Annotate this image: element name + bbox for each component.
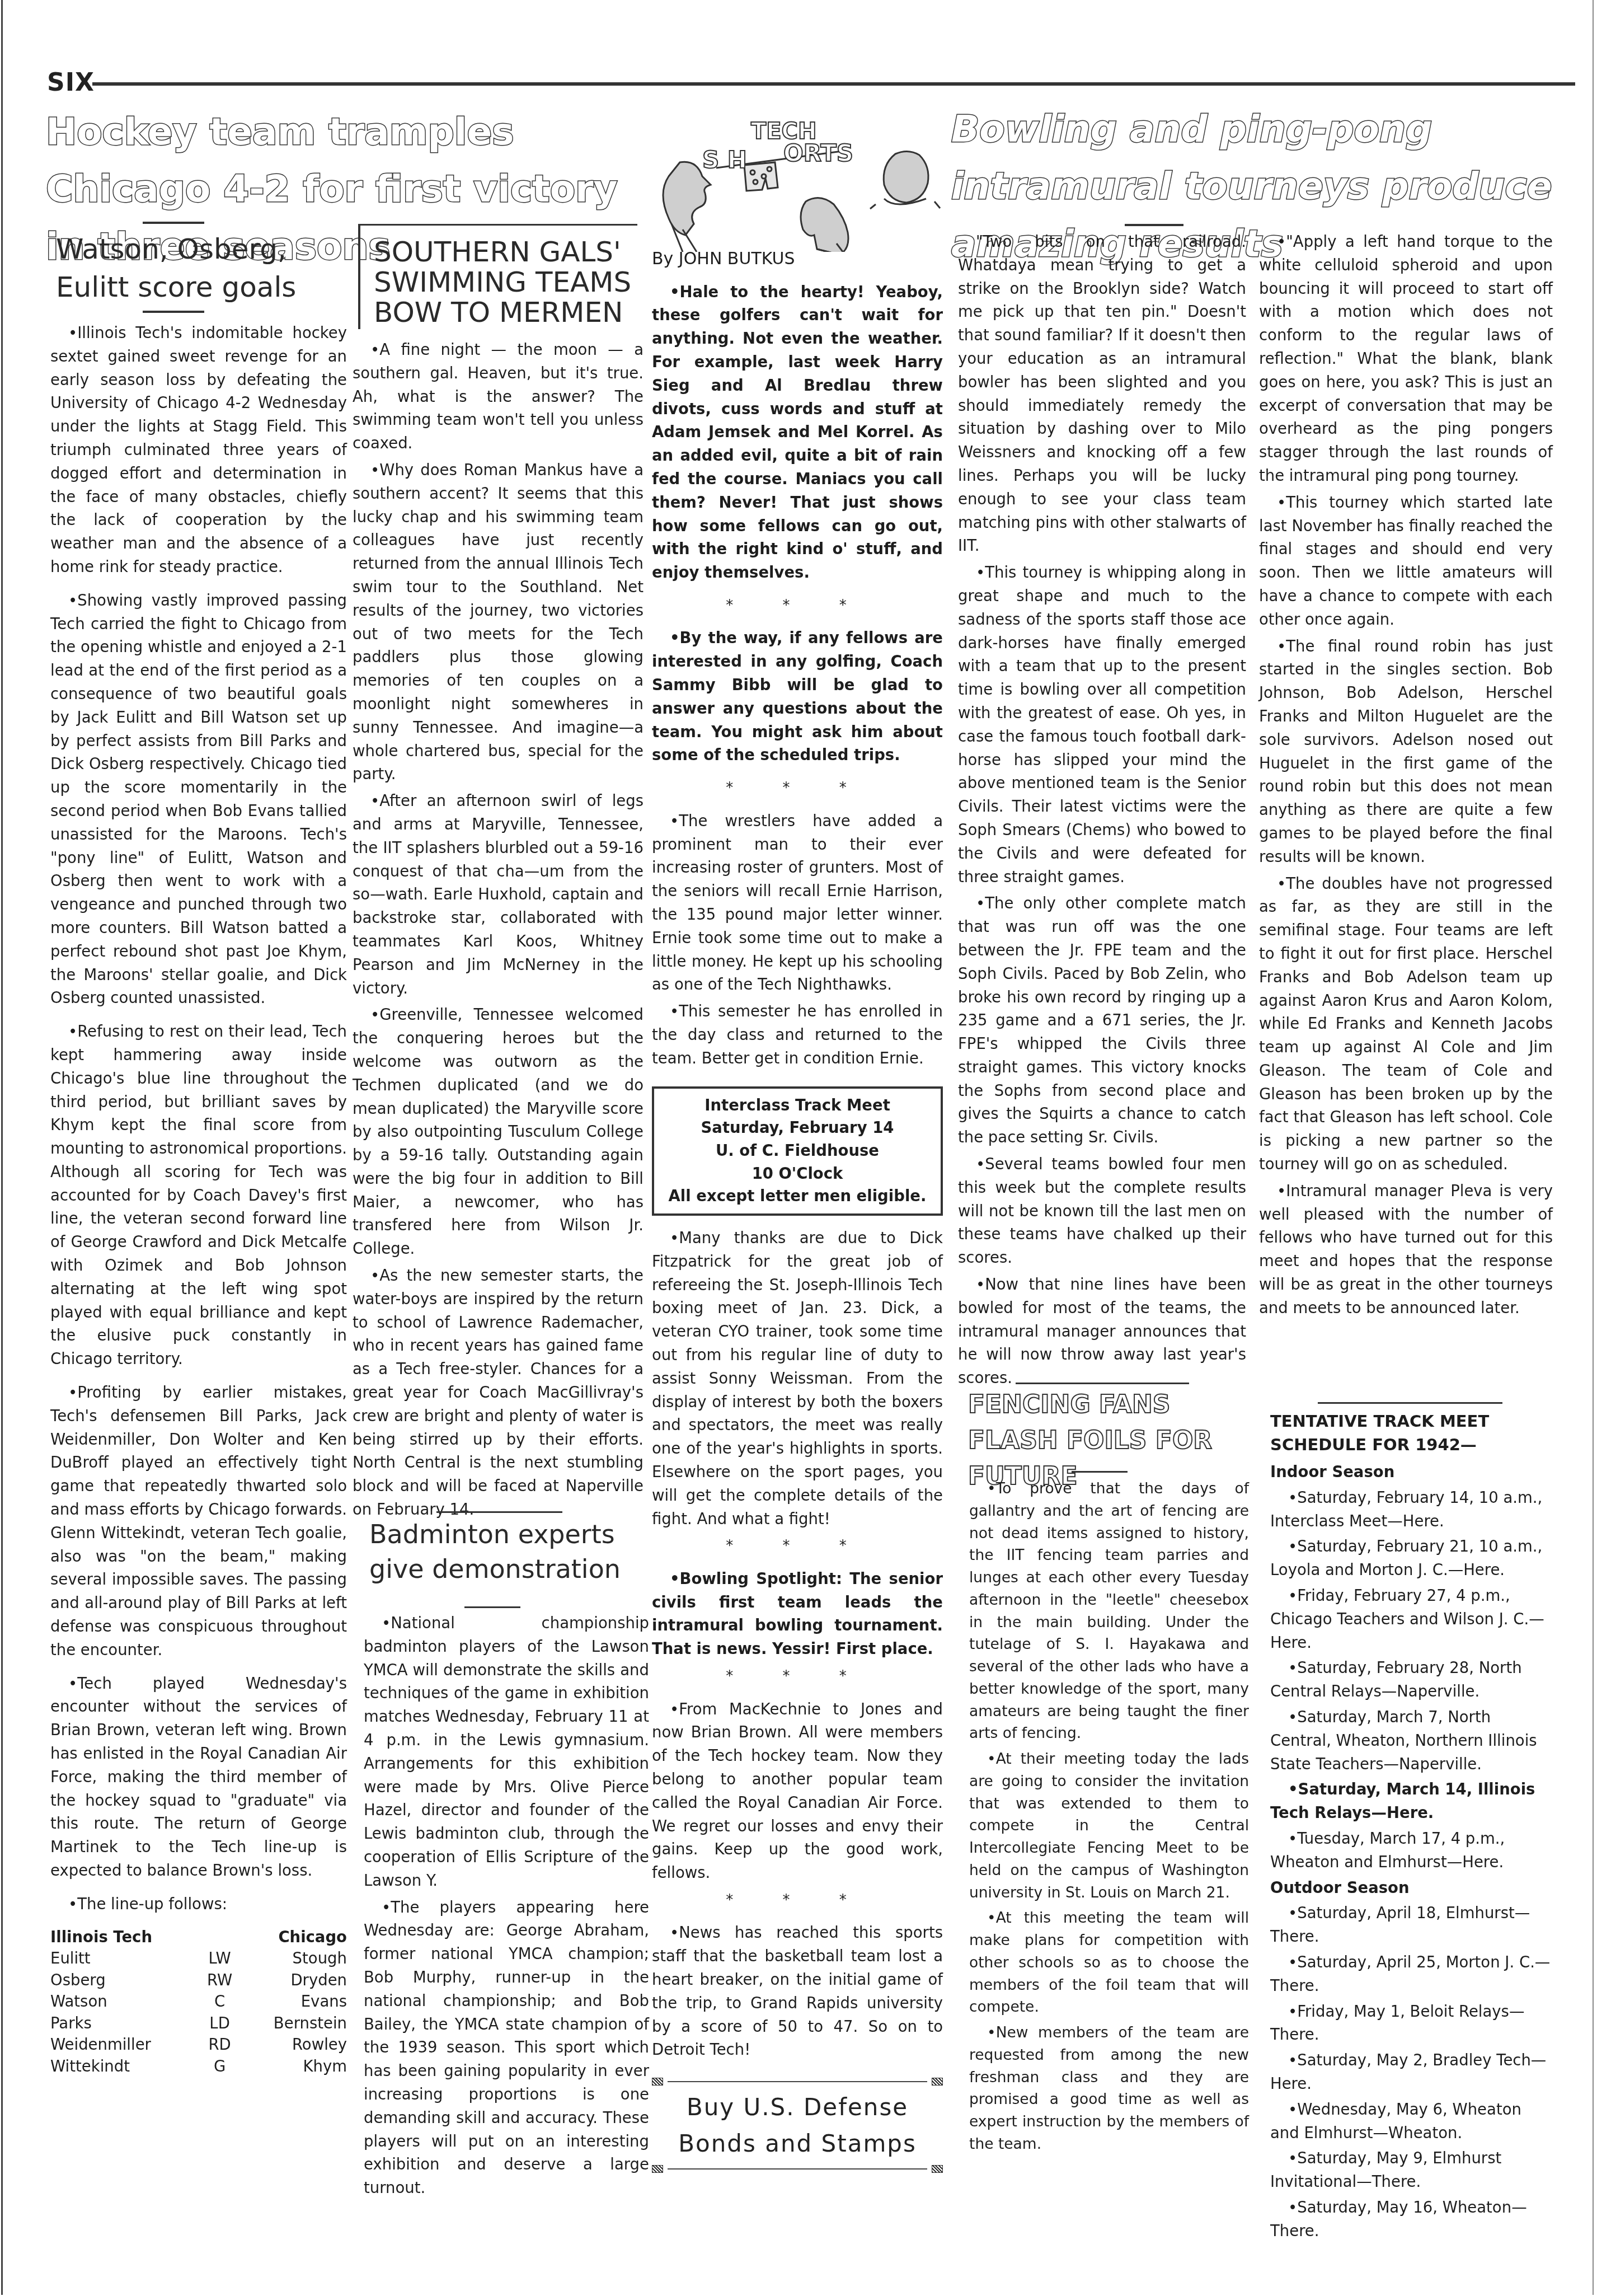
track-schedule: TENTATIVE TRACK MEET SCHEDULE FOR 1942—I… (1270, 1409, 1553, 2246)
divider (1125, 224, 1183, 226)
paragraph: •The doubles have not progressed as far,… (1259, 873, 1553, 1177)
lineup-cell: G (201, 2056, 238, 2078)
lineup-cell: LD (201, 2013, 238, 2035)
paragraph: •This semester he has enrolled in the da… (652, 1000, 943, 1070)
paragraph: •The players appearing here Wednesday ar… (364, 1896, 649, 2200)
paragraph: •Illinois Tech's indomitable hockey sext… (50, 322, 347, 579)
lineup-table: Illinois TechChicagoEulittLWStoughOsberg… (50, 1927, 347, 2078)
schedule-item: •Saturday, February 28, North Central Re… (1270, 1657, 1553, 1704)
swimming-headline-box: SOUTHERN GALS'SWIMMING TEAMSBOW TO MERME… (358, 224, 637, 329)
separator: * * * (652, 595, 943, 617)
lineup-row: WittekindtGKhym (50, 2056, 347, 2078)
hockey-subhead: Watson, Osberg, Eulitt score goals (56, 231, 336, 306)
paragraph: •Profiting by earlier mistakes, Tech's d… (50, 1381, 347, 1662)
lineup-cell: Evans (238, 1991, 347, 2013)
schedule-item: •Saturday, March 7, North Central, Wheat… (1270, 1706, 1553, 1776)
lineup-cell: Parks (50, 2013, 201, 2035)
paragraph: •Showing vastly improved passing Tech ca… (50, 589, 347, 1010)
paragraph: •To prove that the days of gallantry and… (969, 1478, 1249, 1745)
fencing-article: •To prove that the days of gallantry and… (969, 1478, 1249, 2159)
separator: * * * (652, 777, 943, 800)
lineup-cell: Osberg (50, 1970, 201, 1992)
paragraph: •Refusing to rest on their lead, Tech ke… (50, 1020, 347, 1371)
paragraph: •Greenville, Tennessee welcomed the conq… (353, 1004, 644, 1261)
svg-text:S H: S H (702, 146, 747, 174)
divider (1318, 1402, 1502, 1404)
schedule-item: •Friday, May 1, Beloit Relays—There. (1270, 2000, 1553, 2047)
schedule-item: •Saturday, February 14, 10 a.m., Intercl… (1270, 1487, 1553, 1534)
lineup-cell: Eulitt (50, 1948, 201, 1970)
divider (1072, 1471, 1128, 1473)
divider (143, 311, 204, 313)
defense-bonds-ad: Buy U.S. DefenseBonds and Stamps (652, 2078, 943, 2173)
paragraph: •Now that nine lines have been bowled fo… (958, 1273, 1246, 1390)
paragraph: •The wrestlers have added a prominent ma… (652, 810, 943, 997)
golf-notes: •Hale to the hearty! Yeaboy, these golfe… (652, 281, 943, 585)
badminton-article: •National championship badminton players… (364, 1612, 649, 2204)
swimming-article: •A fine night — the moon — a southern ga… (353, 339, 644, 1525)
schedule-item: •Wednesday, May 6, Wheaton and Elmhurst—… (1270, 2098, 1553, 2145)
schedule-item: •Saturday, March 14, Illinois Tech Relay… (1270, 1778, 1553, 1825)
lineup-header (201, 1927, 238, 1948)
tech-shorts-cartoon: TECH S H ORTS (649, 106, 951, 252)
lineup-row: EulittLWStough (50, 1948, 347, 1970)
schedule-item: •Tuesday, March 17, 4 p.m., Wheaton and … (1270, 1828, 1553, 1875)
byline: By JOHN BUTKUS (652, 246, 943, 272)
ornament-icon (652, 2078, 663, 2086)
ad-line: Bonds and Stamps (652, 2125, 943, 2162)
bowling-article: "Two bits on that railroad. Whatdaya mea… (958, 231, 1246, 1394)
paragraph: "Two bits on that railroad. Whatdaya mea… (958, 231, 1246, 558)
paragraph: •Several teams bowled four men this week… (958, 1153, 1246, 1270)
bowling-spotlight: •Bowling Spotlight: The senior civils fi… (652, 1568, 943, 1661)
badminton-headline: Badminton experts give demonstration (369, 1517, 638, 1586)
paragraph: •As the new semester starts, the water-b… (353, 1264, 644, 1522)
schedule-item: •Friday, February 27, 4 p.m., Chicago Te… (1270, 1585, 1553, 1655)
lineup-header: Chicago (238, 1927, 347, 1948)
schedule-item: •Saturday, May 16, Wheaton—There. (1270, 2196, 1553, 2243)
paragraph: •This tourney is whipping along in great… (958, 561, 1246, 889)
lineup-cell: Wittekindt (50, 2056, 201, 2078)
lineup-cell: RD (201, 2034, 238, 2056)
cartoon-illustration-icon: TECH S H ORTS (649, 106, 951, 252)
header-rule (92, 82, 1575, 86)
lineup-cell: RW (201, 1970, 238, 1992)
divider (436, 1511, 562, 1513)
interclass-track-meet-box: Interclass Track MeetSaturday, February … (652, 1086, 943, 1216)
track-box-line: Saturday, February 14 (662, 1117, 933, 1140)
separator: * * * (652, 1666, 943, 1688)
paragraph: •At this meeting the team will make plan… (969, 1907, 1249, 2018)
lineup-row: OsbergRWDryden (50, 1970, 347, 1992)
paragraph: •News has reached this sports staff that… (652, 1922, 943, 2062)
schedule-item: •Saturday, May 2, Bradley Tech—Here. (1270, 2049, 1553, 2096)
lineup-cell: C (201, 1991, 238, 2013)
lineup-cell: Watson (50, 1991, 201, 2013)
track-box-line: 10 O'Clock (662, 1163, 933, 1186)
paragraph: •The line-up follows: (50, 1893, 347, 1917)
lineup-row: ParksLDBernstein (50, 2013, 347, 2035)
lineup-cell: Weidenmiller (50, 2034, 201, 2056)
schedule-item: •Saturday, February 21, 10 a.m., Loyola … (1270, 1535, 1553, 1582)
separator: * * * (652, 1535, 943, 1558)
golf-coach-note: •By the way, if any fellows are interest… (652, 627, 943, 767)
schedule-item: •Saturday, May 9, Elmhurst Invitational—… (1270, 2147, 1553, 2194)
paragraph: •National championship badminton players… (364, 1612, 649, 1893)
ornament-icon (932, 2078, 943, 2086)
paragraph: •Intramural manager Pleva is very well p… (1259, 1180, 1553, 1320)
page-number: SIX (47, 68, 95, 97)
paragraph: •Bowling Spotlight: The senior civils fi… (652, 1568, 943, 1661)
ornament-icon (652, 2165, 663, 2173)
swimming-headline: SOUTHERN GALS'SWIMMING TEAMSBOW TO MERME… (374, 237, 631, 327)
divider (464, 1606, 520, 1608)
ad-line: Buy U.S. Defense (652, 2089, 943, 2125)
paragraph: •New members of the team are requested f… (969, 2022, 1249, 2156)
paragraph: •Why does Roman Mankus have a southern a… (353, 459, 644, 786)
indoor-season-heading: Indoor Season (1270, 1461, 1553, 1484)
lineup-row: WeidenmillerRDRowley (50, 2034, 347, 2056)
lineup-cell: Dryden (238, 1970, 347, 1992)
paragraph: •A fine night — the moon — a southern ga… (353, 339, 644, 456)
paragraph: •From MacKechnie to Jones and now Brian … (652, 1698, 943, 1885)
track-box-line: Interclass Track Meet (662, 1094, 933, 1117)
ad-rule-bottom (652, 2165, 943, 2173)
paragraph: •At their meeting today the lads are goi… (969, 1748, 1249, 1904)
rule-line (668, 2081, 927, 2082)
hockey-article: •Illinois Tech's indomitable hockey sext… (50, 322, 347, 2077)
headline-line: SOUTHERN GALS' (374, 237, 631, 267)
lineup-header-row: Illinois TechChicago (50, 1927, 347, 1948)
headline-line: BOW TO MERMEN (374, 297, 631, 327)
headline-line: SWIMMING TEAMS (374, 267, 631, 297)
ad-text: Buy U.S. DefenseBonds and Stamps (652, 2086, 943, 2165)
lineup-cell: Bernstein (238, 2013, 347, 2035)
svg-text:ORTS: ORTS (783, 139, 853, 167)
ornament-icon (932, 2165, 943, 2173)
lineup-cell: Stough (238, 1948, 347, 1970)
paragraph: •"Apply a left hand torque to the white … (1259, 231, 1553, 488)
lineup-header: Illinois Tech (50, 1927, 201, 1948)
track-box-line: All except letter men eligible. (662, 1185, 933, 1208)
paragraph: •After an afternoon swirl of legs and ar… (353, 790, 644, 1000)
paragraph: •Hale to the hearty! Yeaboy, these golfe… (652, 281, 943, 585)
rule-line (668, 2168, 927, 2170)
lineup-cell: Khym (238, 2056, 347, 2078)
divider (1016, 1383, 1189, 1384)
paragraph: •This tourney which started late last No… (1259, 491, 1553, 632)
track-box-line: U. of C. Fieldhouse (662, 1140, 933, 1163)
pingpong-article: •"Apply a left hand torque to the white … (1259, 231, 1553, 1324)
separator: * * * (652, 1890, 943, 1912)
divider (143, 222, 204, 224)
outdoor-season-heading: Outdoor Season (1270, 1877, 1553, 1900)
ad-rule-top (652, 2078, 943, 2086)
tech-shorts-column: By JOHN BUTKUS•Hale to the hearty! Yeabo… (652, 246, 943, 2173)
paragraph: •The final round robin has just started … (1259, 635, 1553, 869)
lineup-cell: LW (201, 1948, 238, 1970)
schedule-title: TENTATIVE TRACK MEET SCHEDULE FOR 1942— (1270, 1409, 1553, 1456)
paragraph: •Tech played Wednesday's encounter witho… (50, 1672, 347, 1883)
schedule-item: •Saturday, April 25, Morton J. C.—There. (1270, 1951, 1553, 1998)
paragraph: •Many thanks are due to Dick Fitzpatrick… (652, 1227, 943, 1531)
lineup-row: WatsonCEvans (50, 1991, 347, 2013)
schedule-item: •Saturday, April 18, Elmhurst—There. (1270, 1902, 1553, 1949)
lineup-cell: Rowley (238, 2034, 347, 2056)
paragraph: •The only other complete match that was … (958, 892, 1246, 1150)
paragraph: •By the way, if any fellows are interest… (652, 627, 943, 767)
